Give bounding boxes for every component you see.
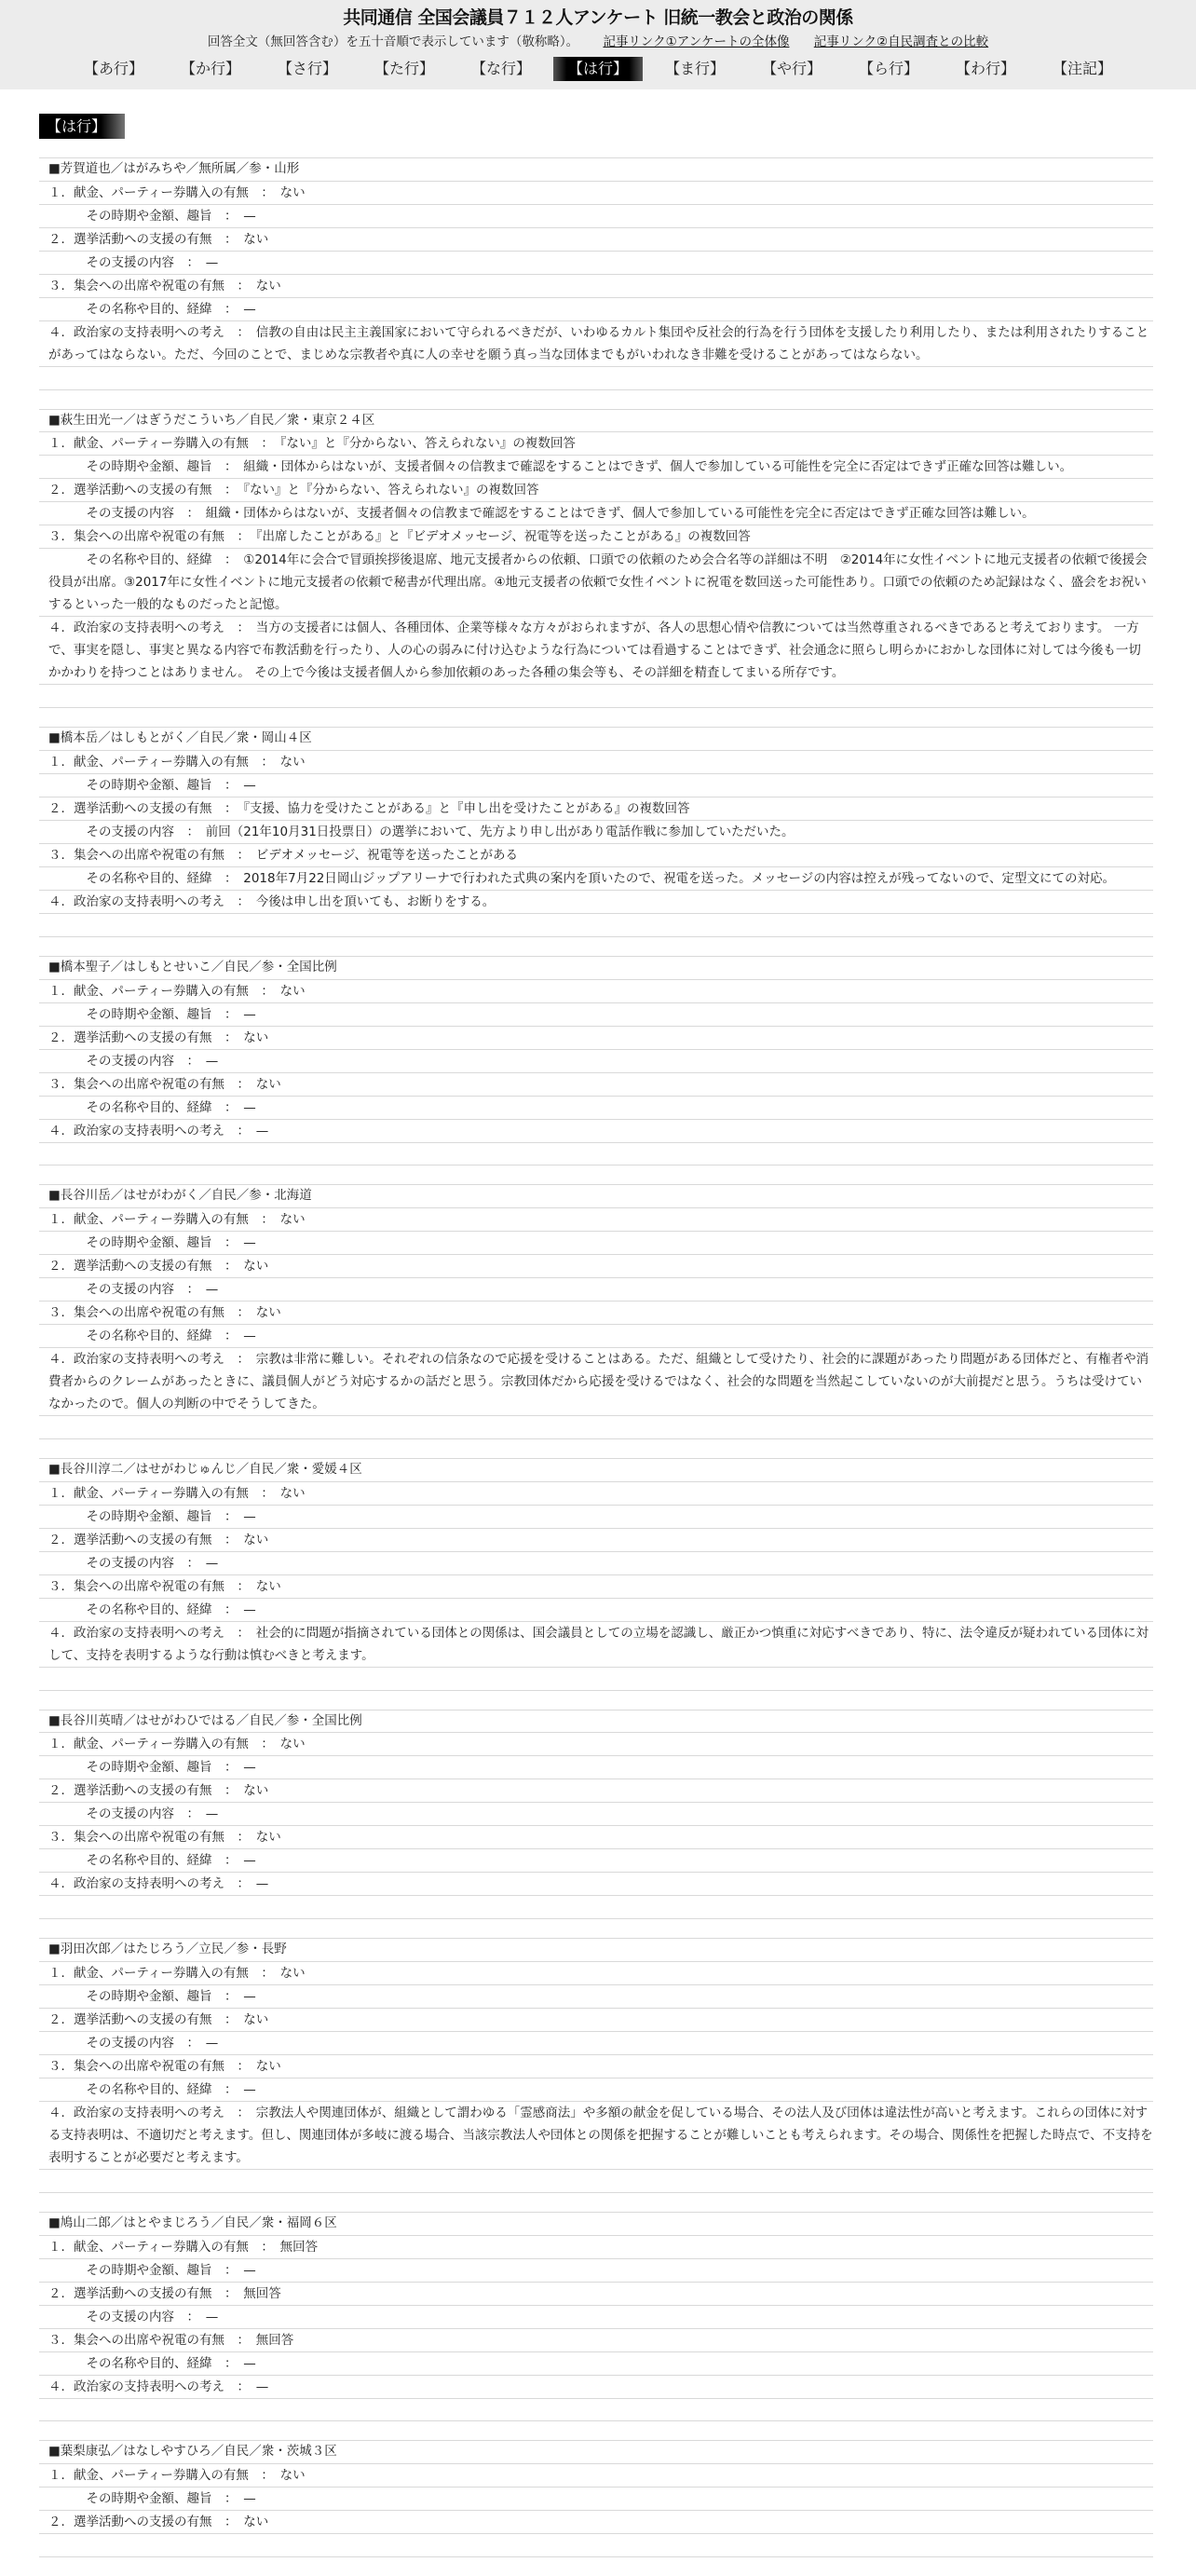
q3-sub-row: その名称や目的、経緯 ： — — [39, 1097, 1153, 1120]
q1-sub-label: その時期や金額、趣旨 ： — [87, 1760, 244, 1775]
q4-answer: — — [256, 2379, 269, 2394]
q4-label: ４．政治家の支持表明への考え ： — [48, 1626, 256, 1641]
q1-sub-label: その時期や金額、趣旨 ： — [87, 2263, 244, 2278]
politician-entry: ■萩生田光一／はぎうだこういち／自民／衆・東京２４区 １．献金、パーティー券購入… — [39, 409, 1157, 728]
q2-row: ２．選挙活動への支援の有無 ： ない — [39, 1779, 1153, 1803]
q2-answer: 『ない』と『分からない、答えられない』の複数回答 — [243, 483, 538, 497]
q2-sub-row: その支援の内容 ： — — [39, 1050, 1153, 1073]
politician-entry: ■長谷川淳二／はせがわじゅんじ／自民／衆・愛媛４区 １．献金、パーティー券購入の… — [39, 1458, 1157, 1710]
q3-label: ３．集会への出席や祝電の有無 ： — [48, 2333, 256, 2348]
q3-row: ３．集会への出席や祝電の有無 ： ない — [39, 275, 1153, 298]
row-spacer — [39, 2170, 1153, 2193]
politician-entry: ■鳩山二郎／はとやまじろう／自民／衆・福岡６区 １．献金、パーティー券購入の有無… — [39, 2212, 1157, 2441]
q1-label: １．献金、パーティー券購入の有無 ： — [48, 984, 280, 999]
q2-answer: ない — [243, 1030, 268, 1045]
q3-answer: ビデオメッセージ、祝電等を送ったことがある — [256, 848, 518, 863]
q3-row: ３．集会への出席や祝電の有無 ： ビデオメッセージ、祝電等を送ったことがある — [39, 844, 1153, 867]
row-spacer — [39, 1668, 1153, 1691]
row-spacer — [39, 2399, 1153, 2422]
politician-name: ■葉梨康弘／はなしやすひろ／自民／衆・茨城３区 — [39, 2440, 1153, 2464]
q1-row: １．献金、パーティー券購入の有無 ： ない — [39, 751, 1153, 774]
q1-sub-answer: — — [243, 1760, 256, 1775]
article-link-1[interactable]: 記事リンク①アンケートの全体像 — [603, 34, 789, 49]
q2-row: ２．選挙活動への支援の有無 ： ない — [39, 1255, 1153, 1278]
q2-sub-answer: 組織・団体からはないが、支援者個々の信教まで確認をすることはできず、個人で参加し… — [206, 506, 1035, 521]
q1-row: １．献金、パーティー券購入の有無 ： ない — [39, 2464, 1153, 2487]
q2-label: ２．選挙活動への支援の有無 ： — [48, 2012, 243, 2027]
q3-label: ３．集会への出席や祝電の有無 ： — [48, 2059, 256, 2074]
q2-sub-answer: — — [206, 1556, 219, 1571]
q4-label: ４．政治家の支持表明への考え ： — [48, 2379, 256, 2394]
q1-answer: ない — [280, 185, 306, 200]
q1-answer: ない — [280, 755, 306, 770]
q3-label: ３．集会への出席や祝電の有無 ： — [48, 848, 256, 863]
q1-label: １．献金、パーティー券購入の有無 ： — [48, 436, 280, 451]
q1-sub-answer: — — [243, 2491, 256, 2506]
q4-row: ４．政治家の支持表明への考え ： — — [39, 1120, 1153, 1143]
q1-label: １．献金、パーティー券購入の有無 ： — [48, 185, 280, 200]
q2-sub-row: その支援の内容 ： — — [39, 2032, 1153, 2055]
q3-label: ３．集会への出席や祝電の有無 ： — [48, 1579, 256, 1594]
q2-sub-row: その支援の内容 ： — — [39, 1803, 1153, 1826]
q2-sub-row: その支援の内容 ： 組織・団体からはないが、支援者個々の信教まで確認をすることは… — [39, 502, 1153, 525]
q1-row: １．献金、パーティー券購入の有無 ： 『ない』と『分からない、答えられない』の複… — [39, 432, 1153, 456]
section-heading: 【は行】 — [39, 114, 125, 139]
q2-sub-label: その支援の内容 ： — [87, 1806, 206, 1821]
q3-row: ３．集会への出席や祝電の有無 ： 『出席したことがある』と『ビデオメッセージ、祝… — [39, 525, 1153, 549]
q2-sub-answer: — — [206, 1282, 219, 1297]
q1-sub-label: その時期や金額、趣旨 ： — [87, 209, 244, 224]
main-content: 【は行】 ■芳賀道也／はがみちや／無所属／参・山形 １．献金、パーティー券購入の… — [0, 89, 1196, 2576]
q2-answer: 『支援、協力を受けたことがある』と『申し出を受けたことがある』の複数回答 — [243, 801, 689, 816]
q3-row: ３．集会への出席や祝電の有無 ： ない — [39, 1302, 1153, 1325]
q2-row: ２．選挙活動への支援の有無 ： 『ない』と『分からない、答えられない』の複数回答 — [39, 479, 1153, 502]
q3-sub-row: その名称や目的、経緯 ： ①2014年に会合で冒頭挨拶後退席、地元支援者からの依… — [39, 549, 1153, 617]
q1-sub-row: その時期や金額、趣旨 ： — — [39, 205, 1153, 228]
q2-sub-label: その支援の内容 ： — [87, 825, 206, 839]
q2-sub-label: その支援の内容 ： — [87, 506, 206, 521]
q3-sub-answer: — — [243, 1853, 256, 1868]
politician-entry: ■羽田次郎／はたじろう／立民／参・長野 １．献金、パーティー券購入の有無 ： な… — [39, 1938, 1157, 2212]
q2-answer: ない — [243, 2012, 268, 2027]
q1-label: １．献金、パーティー券購入の有無 ： — [48, 2468, 280, 2483]
q3-sub-label: その名称や目的、経緯 ： — [87, 2356, 244, 2371]
q1-sub-row: その時期や金額、趣旨 ： — — [39, 1232, 1153, 1255]
q2-sub-label: その支援の内容 ： — [87, 1054, 206, 1069]
q1-sub-answer: — — [243, 2263, 256, 2278]
q1-sub-label: その時期や金額、趣旨 ： — [87, 2491, 244, 2506]
q4-row: ４．政治家の支持表明への考え ： 信教の自由は民主主義国家において守られるべきだ… — [39, 321, 1153, 367]
row-spacer — [39, 1143, 1153, 1166]
q4-label: ４．政治家の支持表明への考え ： — [48, 1352, 256, 1367]
q2-sub-label: その支援の内容 ： — [87, 255, 206, 270]
q1-row: １．献金、パーティー券購入の有無 ： ない — [39, 1962, 1153, 1985]
q2-answer: ない — [243, 1259, 268, 1274]
q4-answer: — — [256, 1876, 269, 1891]
q2-sub-row: その支援の内容 ： — — [39, 1552, 1153, 1575]
q3-row: ３．集会への出席や祝電の有無 ： ない — [39, 1073, 1153, 1097]
nav-ya-gyo[interactable]: 【や行】 — [743, 57, 840, 81]
q3-sub-answer: — — [243, 1100, 256, 1115]
q4-row: ４．政治家の支持表明への考え ： 宗教は非常に難しい。それぞれの信条なので応援を… — [39, 1348, 1153, 1416]
q1-sub-label: その時期や金額、趣旨 ： — [87, 778, 244, 793]
q3-sub-row: その名称や目的、経緯 ： — — [39, 298, 1153, 321]
q1-label: １．献金、パーティー券購入の有無 ： — [48, 1966, 280, 1981]
politician-name: ■長谷川岳／はせがわがく／自民／参・北海道 — [39, 1184, 1153, 1208]
q1-row: １．献金、パーティー券購入の有無 ： ない — [39, 1482, 1153, 1506]
article-link-2[interactable]: 記事リンク②自民調査との比較 — [814, 34, 988, 49]
q4-row: ４．政治家の支持表明への考え ： 宗教法人や関連団体が、組織として謂わゆる「霊感… — [39, 2102, 1153, 2170]
q1-sub-label: その時期や金額、趣旨 ： — [87, 1235, 244, 1250]
q1-sub-label: その時期や金額、趣旨 ： — [87, 1007, 244, 1022]
q1-row: １．献金、パーティー券購入の有無 ： ない — [39, 980, 1153, 1003]
politician-entry: ■葉梨康弘／はなしやすひろ／自民／衆・茨城３区 １．献金、パーティー券購入の有無… — [39, 2440, 1157, 2576]
row-spacer — [39, 685, 1153, 708]
q1-sub-answer: 組織・団体からはないが、支援者個々の信教まで確認をすることはできず、個人で参加し… — [243, 459, 1072, 474]
q3-sub-answer: 2018年7月22日岡山ジップアリーナで行われた式典の案内を頂いたので、祝電を送… — [243, 871, 1115, 886]
q2-sub-answer: — — [206, 2310, 219, 2324]
q3-sub-answer: — — [243, 2082, 256, 2097]
q2-sub-row: その支援の内容 ： 前回（21年10月31日投票日）の選挙において、先方より申し… — [39, 821, 1153, 844]
nav-ka-gyo[interactable]: 【か行】 — [162, 57, 259, 81]
q4-answer: 今後は申し出を頂いても、お断りをする。 — [256, 894, 496, 909]
page-header: 共同通信 全国会議員７１２人アンケート 旧統一教会と政治の関係 回答全文（無回答… — [0, 0, 1196, 89]
q1-sub-row: その時期や金額、趣旨 ： — — [39, 1003, 1153, 1027]
q2-sub-row: その支援の内容 ： — — [39, 1278, 1153, 1302]
nav-ta-gyo[interactable]: 【た行】 — [356, 57, 453, 81]
q3-label: ３．集会への出席や祝電の有無 ： — [48, 1305, 256, 1320]
q2-label: ２．選挙活動への支援の有無 ： — [48, 2286, 243, 2301]
row-spacer — [39, 2534, 1153, 2557]
q1-answer: 『ない』と『分からない、答えられない』の複数回答 — [280, 436, 576, 451]
q2-row: ２．選挙活動への支援の有無 ： 『支援、協力を受けたことがある』と『申し出を受け… — [39, 797, 1153, 821]
nav-ha-gyo[interactable]: 【は行】 — [553, 57, 643, 81]
politician-entry: ■橋本聖子／はしもとせいこ／自民／参・全国比例 １．献金、パーティー券購入の有無… — [39, 956, 1157, 1185]
q3-sub-answer: — — [243, 2356, 256, 2371]
q3-sub-label: その名称や目的、経緯 ： — [87, 1329, 244, 1343]
q2-sub-label: その支援の内容 ： — [87, 1556, 206, 1571]
page-title: 共同通信 全国会議員７１２人アンケート 旧統一教会と政治の関係 — [0, 0, 1196, 31]
politician-name: ■橋本聖子／はしもとせいこ／自民／参・全国比例 — [39, 956, 1153, 980]
q3-sub-row: その名称や目的、経緯 ： — — [39, 1325, 1153, 1348]
q4-label: ４．政治家の支持表明への考え ： — [48, 894, 256, 909]
q1-row: １．献金、パーティー券購入の有無 ： ない — [39, 1733, 1153, 1756]
nav-ra-gyo[interactable]: 【ら行】 — [840, 57, 937, 81]
q3-sub-row: その名称や目的、経緯 ： — — [39, 1849, 1153, 1873]
politician-name: ■鳩山二郎／はとやまじろう／自民／衆・福岡６区 — [39, 2212, 1153, 2236]
q3-sub-label: その名称や目的、経緯 ： — [87, 302, 244, 317]
q2-sub-answer: — — [206, 255, 219, 270]
kana-nav: 【あ行】 【か行】 【さ行】 【た行】 【な行】 【は行】 【ま行】 【や行】 … — [0, 57, 1196, 81]
nav-wa-gyo[interactable]: 【わ行】 — [937, 57, 1034, 81]
q3-answer: ない — [256, 1077, 281, 1092]
q2-row: ２．選挙活動への支援の有無 ： ない — [39, 2511, 1153, 2534]
q4-row: ４．政治家の支持表明への考え ： 当方の支援者には個人、各種団体、企業等様々な方… — [39, 617, 1153, 685]
q1-sub-row: その時期や金額、趣旨 ： — — [39, 1756, 1153, 1779]
q3-sub-row: その名称や目的、経緯 ： — — [39, 1599, 1153, 1622]
q1-sub-label: その時期や金額、趣旨 ： — [87, 459, 244, 474]
politician-name: ■羽田次郎／はたじろう／立民／参・長野 — [39, 1938, 1153, 1962]
q3-sub-label: その名称や目的、経緯 ： — [87, 871, 244, 886]
header-subline: 回答全文（無回答含む）を五十音順で表示しています（敬称略）。 記事リンク①アンケ… — [0, 31, 1196, 53]
header-description: 回答全文（無回答含む）を五十音順で表示しています（敬称略）。 — [208, 34, 578, 49]
row-spacer — [39, 367, 1153, 390]
q1-sub-label: その時期や金額、趣旨 ： — [87, 1509, 244, 1524]
q1-label: １．献金、パーティー券購入の有無 ： — [48, 1486, 280, 1501]
q1-label: １．献金、パーティー券購入の有無 ： — [48, 1737, 280, 1751]
q2-sub-row: その支援の内容 ： — — [39, 2306, 1153, 2329]
q2-label: ２．選挙活動への支援の有無 ： — [48, 1783, 243, 1798]
q1-sub-row: その時期や金額、趣旨 ： — — [39, 1506, 1153, 1529]
q3-sub-answer: — — [243, 302, 256, 317]
q4-label: ４．政治家の支持表明への考え ： — [48, 1124, 256, 1138]
q1-sub-row: その時期や金額、趣旨 ： — — [39, 2487, 1153, 2511]
q3-sub-label: その名称や目的、経緯 ： — [87, 1602, 244, 1617]
q1-sub-row: その時期や金額、趣旨 ： 組織・団体からはないが、支援者個々の信教まで確認をする… — [39, 456, 1153, 479]
q2-row: ２．選挙活動への支援の有無 ： ない — [39, 1529, 1153, 1552]
q2-row: ２．選挙活動への支援の有無 ： ない — [39, 228, 1153, 252]
q4-answer: — — [256, 1124, 269, 1138]
q1-answer: ない — [280, 1737, 306, 1751]
politician-entry: ■長谷川英晴／はせがわひではる／自民／参・全国比例 １．献金、パーティー券購入の… — [39, 1710, 1157, 1939]
q4-label: ４．政治家の支持表明への考え ： — [48, 325, 256, 340]
q4-label: ４．政治家の支持表明への考え ： — [48, 620, 256, 635]
q3-label: ３．集会への出席や祝電の有無 ： — [48, 1077, 256, 1092]
q1-answer: ない — [280, 1486, 306, 1501]
q2-label: ２．選挙活動への支援の有無 ： — [48, 232, 243, 247]
q2-row: ２．選挙活動への支援の有無 ： ない — [39, 1027, 1153, 1050]
q1-label: １．献金、パーティー券購入の有無 ： — [48, 755, 280, 770]
q3-label: ３．集会への出席や祝電の有無 ： — [48, 279, 256, 293]
q2-label: ２．選挙活動への支援の有無 ： — [48, 801, 243, 816]
nav-na-gyo[interactable]: 【な行】 — [453, 57, 550, 81]
q2-answer: ない — [243, 2515, 268, 2529]
q2-sub-row: その支援の内容 ： — — [39, 252, 1153, 275]
q2-label: ２．選挙活動への支援の有無 ： — [48, 1030, 243, 1045]
q4-row: ４．政治家の支持表明への考え ： — — [39, 1873, 1153, 1896]
politician-name: ■萩生田光一／はぎうだこういち／自民／衆・東京２４区 — [39, 409, 1153, 433]
q4-label: ４．政治家の支持表明への考え ： — [48, 2106, 256, 2120]
q3-sub-row: その名称や目的、経緯 ： — — [39, 2352, 1153, 2376]
q3-row: ３．集会への出席や祝電の有無 ： ない — [39, 1826, 1153, 1849]
politician-entry: ■橋本岳／はしもとがく／自民／衆・岡山４区 １．献金、パーティー券購入の有無 ：… — [39, 727, 1157, 956]
q3-sub-answer: — — [243, 1602, 256, 1617]
q2-sub-answer: — — [206, 1054, 219, 1069]
q2-label: ２．選挙活動への支援の有無 ： — [48, 1533, 243, 1547]
politician-name: ■芳賀道也／はがみちや／無所属／参・山形 — [39, 157, 1153, 182]
q2-label: ２．選挙活動への支援の有無 ： — [48, 2515, 243, 2529]
q2-answer: ない — [243, 232, 268, 247]
q3-answer: ない — [256, 279, 281, 293]
q3-answer: ない — [256, 2059, 281, 2074]
nav-sa-gyo[interactable]: 【さ行】 — [259, 57, 356, 81]
q3-label: ３．集会への出席や祝電の有無 ： — [48, 1830, 256, 1845]
q3-sub-answer: — — [243, 1329, 256, 1343]
q2-row: ２．選挙活動への支援の有無 ： 無回答 — [39, 2283, 1153, 2306]
politician-name: ■長谷川英晴／はせがわひではる／自民／参・全国比例 — [39, 1710, 1153, 1734]
q1-answer: ない — [280, 1966, 306, 1981]
q3-row: ３．集会への出席や祝電の有無 ： 無回答 — [39, 2329, 1153, 2352]
q3-row: ３．集会への出席や祝電の有無 ： ない — [39, 1575, 1153, 1599]
q2-sub-answer: 前回（21年10月31日投票日）の選挙において、先方より申し出があり電話作戦に参… — [206, 825, 795, 839]
q1-sub-answer: — — [243, 1235, 256, 1250]
q3-sub-label: その名称や目的、経緯 ： — [87, 1100, 244, 1115]
q3-sub-label: その名称や目的、経緯 ： — [87, 1853, 244, 1868]
row-spacer — [39, 1896, 1153, 1919]
q1-sub-row: その時期や金額、趣旨 ： — — [39, 2259, 1153, 2283]
q1-row: １．献金、パーティー券購入の有無 ： ない — [39, 182, 1153, 205]
row-spacer — [39, 1416, 1153, 1439]
nav-notes[interactable]: 【注記】 — [1034, 57, 1131, 81]
q1-answer: ない — [280, 2468, 306, 2483]
q4-row: ４．政治家の支持表明への考え ： 社会的に問題が指摘されている団体との関係は、国… — [39, 1622, 1153, 1668]
nav-ma-gyo[interactable]: 【ま行】 — [646, 57, 743, 81]
q1-row: １．献金、パーティー券購入の有無 ： ない — [39, 1208, 1153, 1232]
q2-sub-label: その支援の内容 ： — [87, 1282, 206, 1297]
q2-answer: ない — [243, 1783, 268, 1798]
q2-sub-answer: — — [206, 2036, 219, 2051]
row-spacer — [39, 914, 1153, 937]
q3-sub-label: その名称や目的、経緯 ： — [87, 2082, 244, 2097]
q1-sub-answer: — — [243, 1007, 256, 1022]
q1-sub-answer: — — [243, 1509, 256, 1524]
q3-sub-row: その名称や目的、経緯 ： — — [39, 2079, 1153, 2102]
entries-list: ■芳賀道也／はがみちや／無所属／参・山形 １．献金、パーティー券購入の有無 ： … — [39, 157, 1157, 2576]
politician-name: ■長谷川淳二／はせがわじゅんじ／自民／衆・愛媛４区 — [39, 1458, 1153, 1482]
q2-label: ２．選挙活動への支援の有無 ： — [48, 483, 243, 497]
q2-label: ２．選挙活動への支援の有無 ： — [48, 1259, 243, 1274]
q3-answer: ない — [256, 1830, 281, 1845]
q2-sub-label: その支援の内容 ： — [87, 2310, 206, 2324]
q2-answer: 無回答 — [243, 2286, 281, 2301]
q1-sub-label: その時期や金額、趣旨 ： — [87, 1989, 244, 2004]
q1-sub-answer: — — [243, 209, 256, 224]
q3-answer: 『出席したことがある』と『ビデオメッセージ、祝電等を送ったことがある』の複数回答 — [256, 529, 751, 544]
q1-sub-row: その時期や金額、趣旨 ： — — [39, 774, 1153, 797]
q2-answer: ない — [243, 1533, 268, 1547]
q1-answer: ない — [280, 984, 306, 999]
politician-name: ■橋本岳／はしもとがく／自民／衆・岡山４区 — [39, 727, 1153, 751]
q1-answer: 無回答 — [280, 2240, 319, 2255]
q3-row: ３．集会への出席や祝電の有無 ： ない — [39, 2055, 1153, 2079]
q3-label: ３．集会への出席や祝電の有無 ： — [48, 529, 256, 544]
q1-sub-row: その時期や金額、趣旨 ： — — [39, 1985, 1153, 2009]
q2-sub-label: その支援の内容 ： — [87, 2036, 206, 2051]
q1-label: １．献金、パーティー券購入の有無 ： — [48, 1212, 280, 1227]
q1-label: １．献金、パーティー券購入の有無 ： — [48, 2240, 280, 2255]
q3-answer: ない — [256, 1579, 281, 1594]
q4-row: ４．政治家の支持表明への考え ： 今後は申し出を頂いても、お断りをする。 — [39, 891, 1153, 914]
q1-answer: ない — [280, 1212, 306, 1227]
q4-label: ４．政治家の支持表明への考え ： — [48, 1876, 256, 1891]
q3-answer: 無回答 — [256, 2333, 294, 2348]
q2-row: ２．選挙活動への支援の有無 ： ない — [39, 2009, 1153, 2032]
q3-sub-label: その名称や目的、経緯 ： — [87, 552, 244, 567]
q3-sub-row: その名称や目的、経緯 ： 2018年7月22日岡山ジップアリーナで行われた式典の… — [39, 867, 1153, 891]
nav-a-gyo[interactable]: 【あ行】 — [65, 57, 162, 81]
q1-sub-answer: — — [243, 1989, 256, 2004]
q2-sub-answer: — — [206, 1806, 219, 1821]
politician-entry: ■長谷川岳／はせがわがく／自民／参・北海道 １．献金、パーティー券購入の有無 ：… — [39, 1184, 1157, 1458]
q3-answer: ない — [256, 1305, 281, 1320]
politician-entry: ■芳賀道也／はがみちや／無所属／参・山形 １．献金、パーティー券購入の有無 ： … — [39, 157, 1157, 409]
q4-row: ４．政治家の支持表明への考え ： — — [39, 2376, 1153, 2399]
q1-row: １．献金、パーティー券購入の有無 ： 無回答 — [39, 2236, 1153, 2259]
q1-sub-answer: — — [243, 778, 256, 793]
